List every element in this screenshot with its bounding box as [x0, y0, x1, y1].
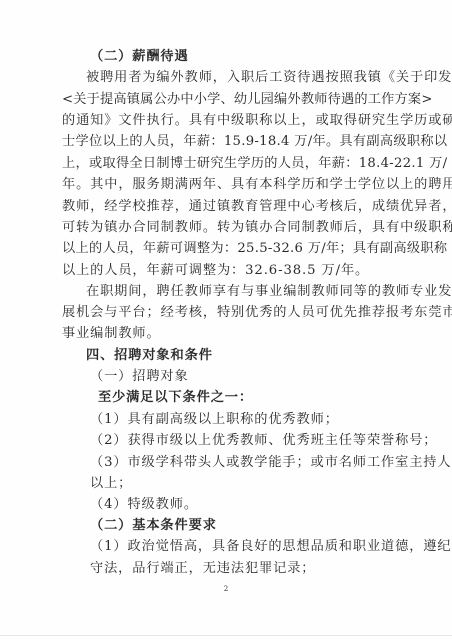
- paragraph-line: 被聘用者为编外教师，入职后工资待遇按照我镇《关于印发: [86, 70, 390, 86]
- list-item: （3）市级学科带头人或教学能手；或市名师工作室主持人: [90, 455, 390, 471]
- paragraph-line: 教师，经学校推荐，通过镇教育管理中心考核后，成绩优异者，: [62, 199, 390, 215]
- heading-salary: （二）薪酬待遇: [90, 49, 418, 65]
- paragraph-line: 以上的人员，年薪可调整为：32.6-38.5 万/年。: [62, 263, 390, 279]
- paragraph-line: 年。其中，服务期满两年、具有本科学历和学士学位以上的聘用: [62, 177, 390, 193]
- list-item-continuation: 以上；: [90, 476, 390, 492]
- list-item: （1）具有副高级以上职称的优秀教师；: [90, 412, 390, 428]
- section-heading-recruitment: 四、招聘对象和条件: [86, 348, 414, 364]
- paragraph-line: 可转为镇办合同制教师。转为镇办合同制教师后，具有中级职称: [62, 220, 390, 236]
- paragraph-line: 以上的人员，年薪可调整为：25.5-32.6 万/年；具有副高级职称: [62, 241, 390, 257]
- list-item-continuation: 守法，品行端正，无违法犯罪记录；: [90, 561, 390, 577]
- lead-text: 至少满足以下条件之一：: [98, 390, 426, 406]
- heading-basic-requirements: （二）基本条件要求: [90, 518, 418, 534]
- paragraph-line: 事业编制教师。: [62, 326, 390, 342]
- paragraph-line: 的通知》文件执行。具有中级职称以上，或取得研究生学历或硕: [62, 113, 390, 129]
- list-item: （1）政治觉悟高，具备良好的思想品质和职业道德，遵纪: [90, 539, 390, 555]
- paragraph-line: <关于提高镇属公办中小学、幼儿园编外教师待遇的工作方案>: [62, 92, 390, 108]
- list-item: （4）特级教师。: [90, 497, 390, 513]
- page-bottom-edge: [0, 635, 452, 636]
- list-item: （2）获得市级以上优秀教师、优秀班主任等荣誉称号；: [90, 433, 390, 449]
- paragraph-line: 展机会与平台；经考核，特别优秀的人员可优先推荐报考东莞市: [62, 305, 390, 321]
- paragraph-line: 在职期间，聘任教师享有与事业编制教师同等的教师专业发: [86, 284, 390, 300]
- document-page: （二）薪酬待遇 被聘用者为编外教师，入职后工资待遇按照我镇《关于印发 <关于提高…: [0, 0, 452, 639]
- page-number: 2: [220, 585, 232, 593]
- paragraph-line: 上，或取得全日制博士研究生学历的人员，年薪：18.4-22.1 万/: [62, 156, 390, 172]
- paragraph-line: 士学位以上的人员，年薪：15.9-18.4 万/年。具有副高级职称以: [62, 134, 390, 150]
- heading-recruitment-target: （一）招聘对象: [90, 369, 418, 385]
